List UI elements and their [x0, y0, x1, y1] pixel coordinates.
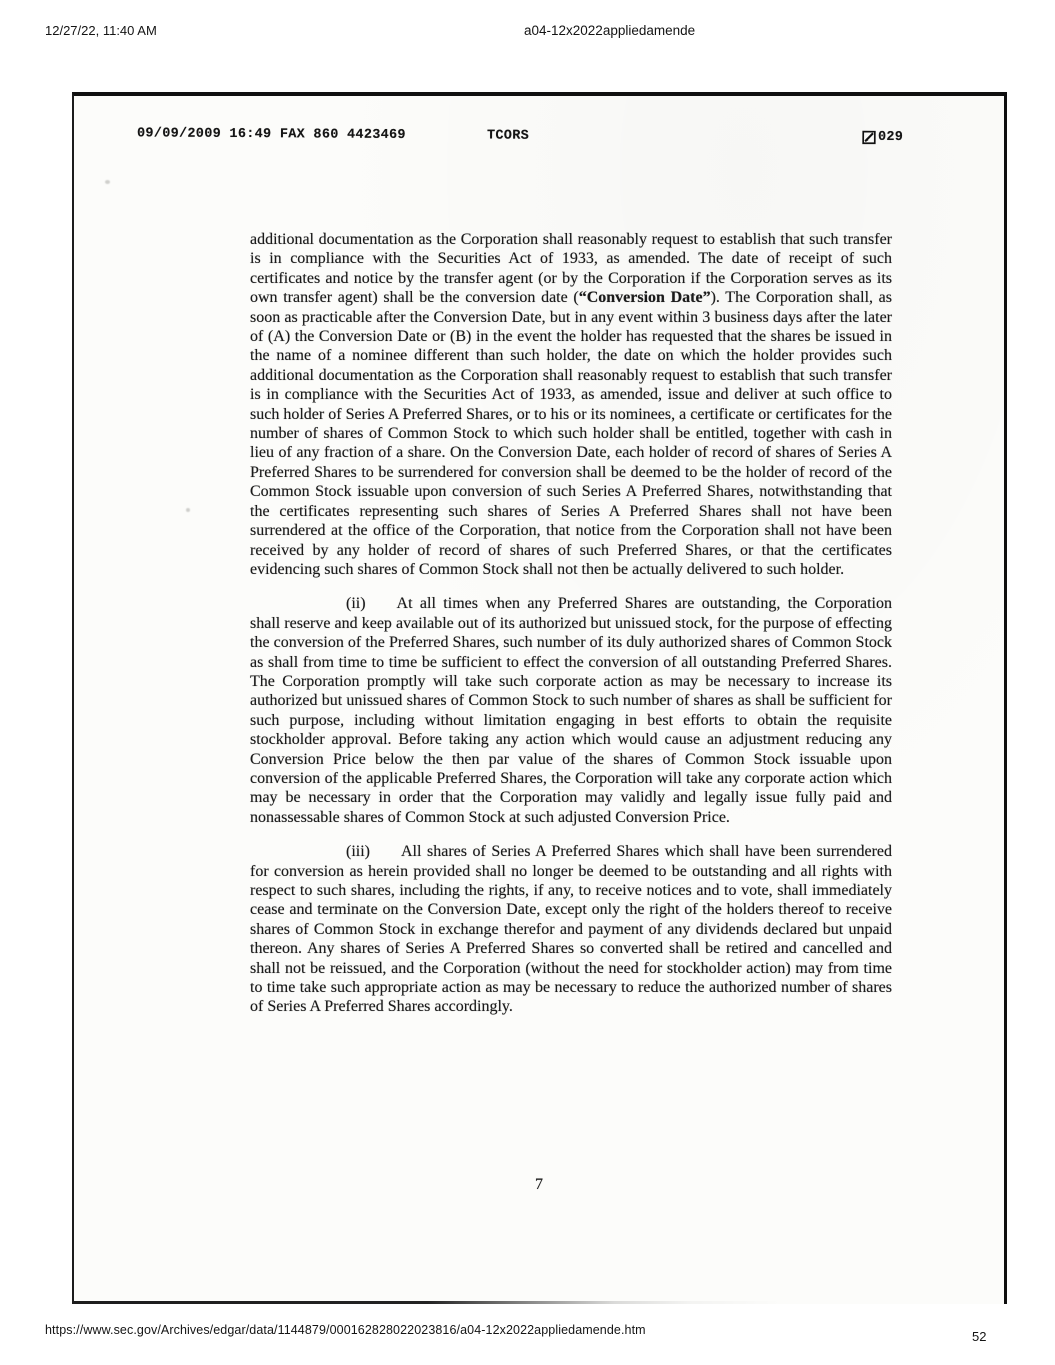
fax-station-id: TCORS	[487, 129, 529, 144]
document-body: additional documentation as the Corporat…	[250, 230, 892, 1017]
print-footer-page-number: 52	[972, 1329, 986, 1344]
paragraph-text: All shares of Series A Preferred Shares …	[250, 843, 892, 1015]
print-footer-url: https://www.sec.gov/Archives/edgar/data/…	[45, 1323, 646, 1337]
paragraph-text: At all times when any Preferred Shares a…	[250, 595, 892, 825]
body-paragraph-3: (iii)All shares of Series A Preferred Sh…	[250, 842, 892, 1017]
body-paragraph-2: (ii)At all times when any Preferred Shar…	[250, 594, 892, 827]
paragraph-label: (iii)	[250, 843, 401, 860]
scan-speckle	[105, 180, 110, 184]
scanned-document-page: 09/09/2009 16:49 FAX 860 4423469 TCORS 0…	[72, 92, 1007, 1304]
print-header-datetime: 12/27/22, 11:40 AM	[45, 23, 157, 38]
scan-speckle	[186, 508, 190, 512]
paragraph-text: ). The Corporation shall, as soon as pra…	[250, 289, 892, 578]
body-paragraph-1: additional documentation as the Corporat…	[250, 230, 892, 579]
document-page-number: 7	[74, 1176, 1004, 1194]
fax-page-count: 029	[862, 130, 903, 145]
print-preview-page: 12/27/22, 11:40 AM a04-12x2022appliedame…	[0, 0, 1055, 1365]
defined-term-bold: “Conversion Date”	[579, 289, 711, 306]
paragraph-label: (ii)	[250, 595, 397, 612]
print-header-title: a04-12x2022appliedamende	[524, 23, 695, 38]
fax-page-number: 029	[878, 130, 903, 145]
fax-header-line: 09/09/2009 16:49 FAX 860 4423469 TCORS 0…	[74, 126, 1004, 152]
fax-timestamp: 09/09/2009 16:49 FAX 860 4423469	[137, 126, 406, 143]
pen-in-box-icon	[862, 130, 877, 145]
